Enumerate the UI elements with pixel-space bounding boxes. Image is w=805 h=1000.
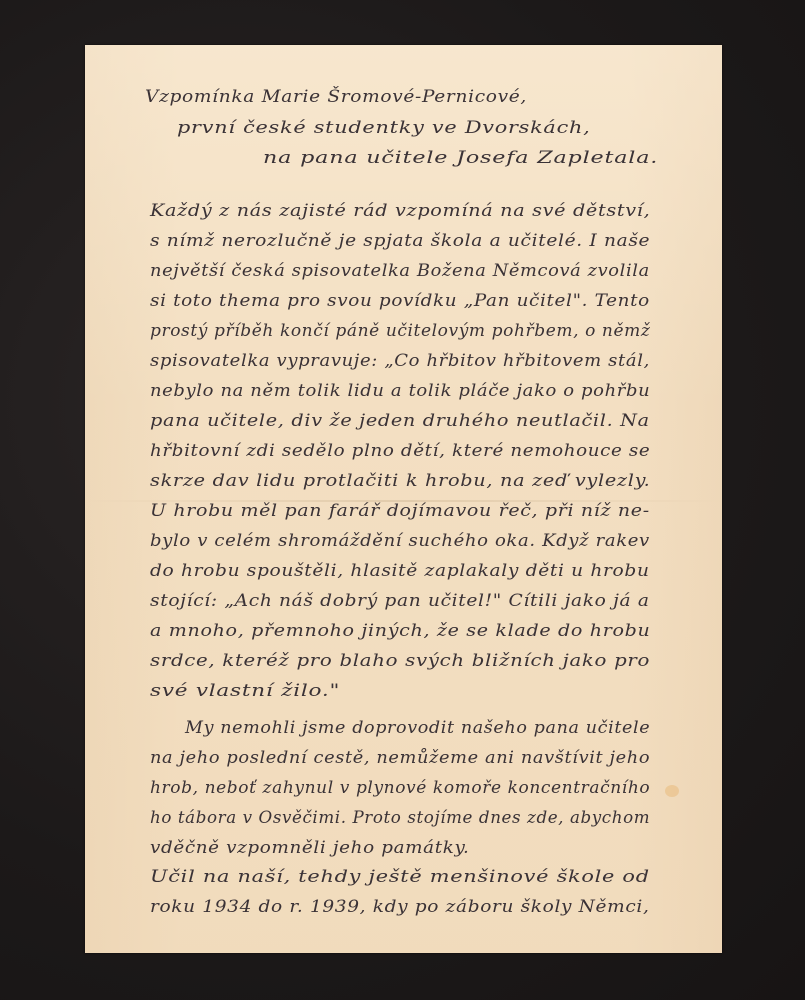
body-line-5: prostý příběh končí páně učitelovým pohř… — [150, 321, 650, 341]
heading-line-1: Vzpomínka Marie Šromové-Pernicové, — [145, 87, 527, 106]
body-line-17: své vlastní žilo." — [150, 681, 340, 701]
body-line-8: pana učitele, div že jeden druhého neutl… — [150, 411, 650, 431]
body-line-10: skrze dav lidu protlačiti k hrobu, na ze… — [150, 471, 650, 491]
body-line-6: spisovatelka vypravuje: „Co hřbitov hřbi… — [150, 351, 650, 371]
body-line-16: srdce, kteréž pro blaho svých bližních j… — [150, 651, 650, 671]
body-line-4: si toto thema pro svou povídku „Pan učit… — [150, 291, 650, 311]
body-line-3: největší česká spisovatelka Božena Němco… — [150, 261, 650, 281]
body-line-14: stojící: „Ach náš dobrý pan učitel!" Cít… — [150, 591, 650, 611]
body-line-18: My nemohli jsme doprovodit našeho pana u… — [185, 718, 650, 738]
letter-page: Vzpomínka Marie Šromové-Pernicové, první… — [85, 45, 722, 953]
body-line-22: vděčně vzpomněli jeho památky. — [150, 838, 469, 858]
body-line-24: roku 1934 do r. 1939, kdy po záboru škol… — [150, 897, 649, 917]
body-line-12: bylo v celém shromáždění suchého oka. Kd… — [150, 531, 650, 551]
body-line-13: do hrobu spouštěli, hlasitě zaplakaly dě… — [150, 561, 650, 581]
heading-line-3: na pana učitele Josefa Zapletala. — [263, 148, 658, 167]
paper-stain — [665, 785, 679, 797]
body-line-2: s nímž nerozlučně je spjata škola a učit… — [150, 231, 650, 251]
body-line-9: hřbitovní zdi sedělo plno dětí, které ne… — [150, 441, 650, 461]
body-line-11: U hrobu měl pan farář dojímavou řeč, při… — [150, 501, 650, 521]
body-line-7: nebylo na něm tolik lidu a tolik pláče j… — [150, 381, 650, 401]
body-line-23: Učil na naší, tehdy ještě menšinové škol… — [150, 867, 650, 887]
body-line-15: a mnoho, přemnoho jiných, že se klade do… — [150, 621, 650, 641]
body-line-20: hrob, neboť zahynul v plynové komoře kon… — [150, 778, 650, 798]
body-line-1: Každý z nás zajisté rád vzpomíná na své … — [150, 201, 650, 221]
body-line-21: ho tábora v Osvěčimi. Proto stojíme dnes… — [150, 808, 650, 828]
body-line-19: na jeho poslední cestě, nemůžeme ani nav… — [150, 748, 650, 768]
heading-line-2: první české studentky ve Dvorskách, — [177, 118, 590, 137]
